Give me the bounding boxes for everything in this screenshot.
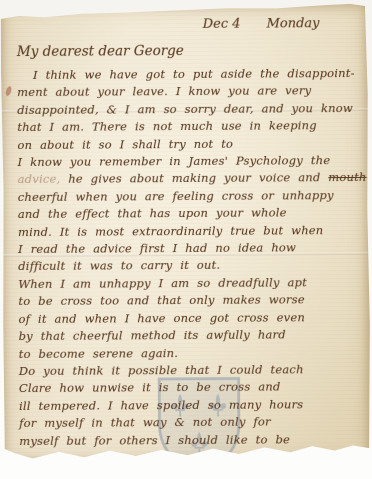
letter-line: When I am unhappy I am so dreadfully apt — [18, 274, 362, 294]
letter-line: ment about your leave. I know you are ve… — [17, 82, 361, 102]
letter-line: disappointed, & I am so sorry dear, and … — [17, 100, 361, 120]
letter-line: to be cross too and that only makes wors… — [18, 291, 362, 311]
salutation: My dearest dear George — [17, 43, 184, 60]
letter-weekday: Monday — [266, 16, 319, 31]
letter-line: for myself in that way & not only for — [19, 413, 363, 433]
letter-paper: Dec 4 Monday My dearest dear George I th… — [1, 2, 372, 465]
letter-line: difficult it was to carry it out. — [18, 256, 362, 276]
letter-line: to become serene again. — [19, 343, 363, 363]
scan-background: Dec 4 Monday My dearest dear George I th… — [0, 0, 372, 479]
ink-stain — [5, 86, 13, 97]
letter-line: I know you remember in James' Psychology… — [18, 152, 362, 172]
letter-body: I think we have got to put aside the dis… — [17, 65, 363, 450]
letter-line: that I am. There is not much use in keep… — [17, 117, 361, 137]
letter-line: and the effect that has upon your whole — [18, 204, 362, 224]
line-text: he gives about making your voice and — [68, 171, 320, 187]
letter-line: of it and when I have once got cross eve… — [18, 309, 362, 329]
letter-line: I read the advice first I had no idea ho… — [18, 239, 362, 259]
letter-line: myself but for others I should like to b… — [19, 430, 363, 450]
faint-word: advice, — [18, 172, 61, 186]
letter-line-with-strikethrough: advice, he gives about making your voice… — [18, 169, 362, 189]
letter-line: by that cheerful method its awfully hard — [19, 326, 363, 346]
date-line: Dec 4 Monday — [203, 16, 320, 32]
letter-line: I think we have got to put aside the dis… — [17, 65, 361, 85]
letter-line: ill tempered. I have spoiled so many hou… — [19, 396, 363, 416]
letter-date: Dec 4 — [203, 17, 241, 32]
letter-line: on about it so I shall try not to — [17, 135, 361, 155]
letter-line: mind. It is most extraordinarily true bu… — [18, 222, 362, 242]
struck-word: mouth — [328, 170, 366, 184]
letter-line: cheerful when you are feeling cross or u… — [18, 187, 362, 207]
letter-line: Clare how unwise it is to be cross and — [19, 378, 363, 398]
letter-line: Do you think it possible that I could te… — [19, 361, 363, 381]
